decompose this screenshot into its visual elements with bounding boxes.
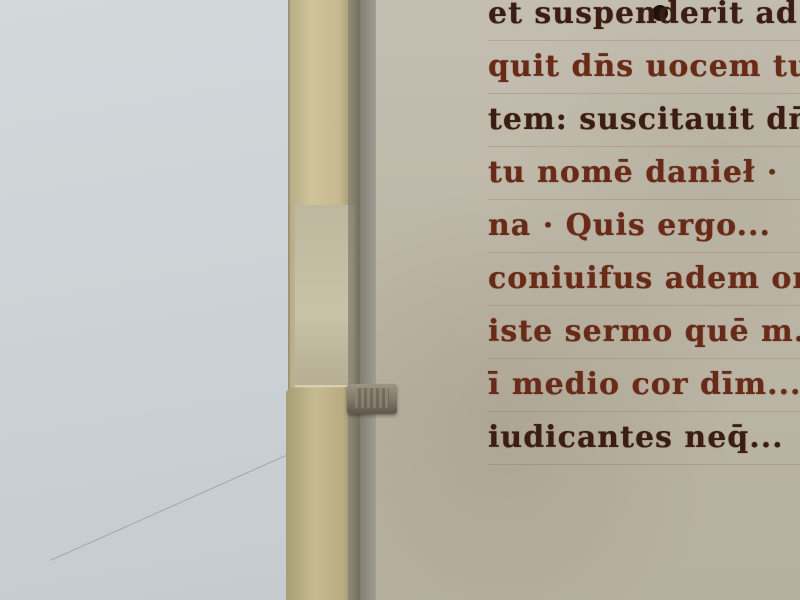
text-line: tem: suscitauit dn̄s xyxy=(488,94,800,147)
text-line: iudicantes neq̄... xyxy=(488,412,800,465)
metal-clasp xyxy=(347,384,397,414)
table-surface xyxy=(0,0,300,600)
text-line: coniuifus adem om... xyxy=(488,253,800,306)
text-line: na · Quis ergo... xyxy=(488,200,800,253)
binding-repair-patch xyxy=(295,205,355,387)
text-line: ī medio cor dīm... xyxy=(488,359,800,412)
gutter-fold xyxy=(348,0,378,600)
text-line: iste sermo quē m... xyxy=(488,306,800,359)
text-line: quit dn̄s uocem tu... xyxy=(488,41,800,94)
text-line: et suspenderit ad... xyxy=(488,0,800,41)
text-line: tu nomē danieł · xyxy=(488,147,800,200)
manuscript-text: et suspenderit ad... quit dn̄s uocem tu.… xyxy=(488,0,800,465)
